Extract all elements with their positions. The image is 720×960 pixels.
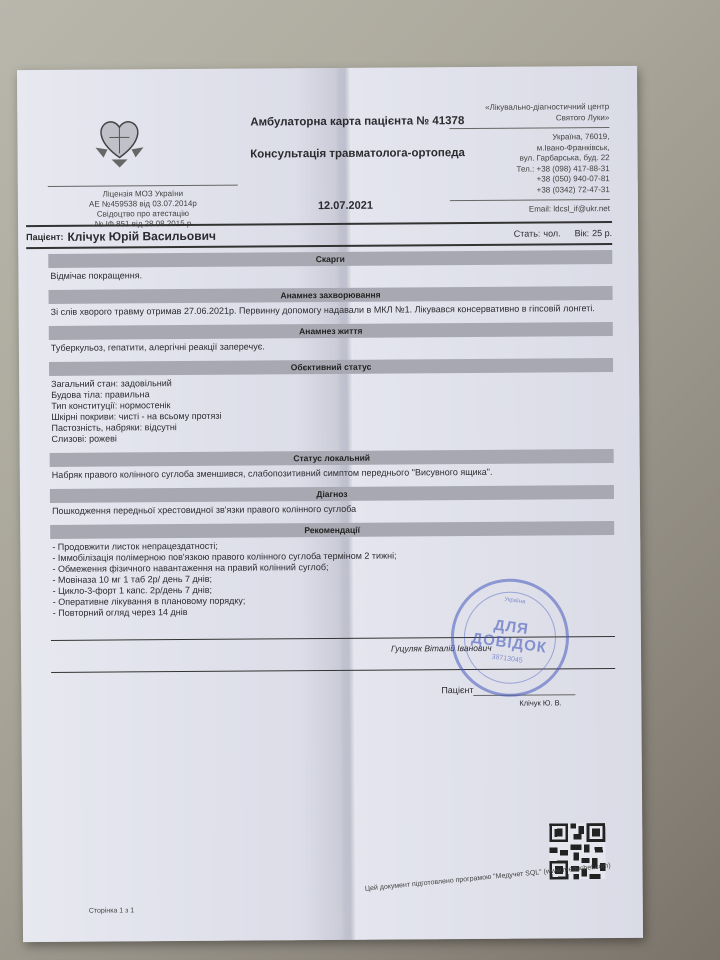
sex-label: Стать: [514,229,541,239]
clinic-phone: +38 (050) 940-07-81 [450,174,610,186]
section-line: Туберкульоз, гепатити, алергічні реакції… [51,339,611,354]
section-body: Відмічає покращення. [48,264,612,286]
sex-value: чол. [543,228,560,238]
clinic-info: «Лікувально-діагностичний центр Святого … [449,102,610,216]
patient-label: Пацієнт: [26,232,63,242]
card-title: Амбулаторна карта пацієнта № 41378 [247,115,467,129]
age-value: 25 р. [592,228,612,238]
section-body: Туберкульоз, гепатити, алергічні реакції… [49,336,613,358]
clinic-email: Email: ldcsl_if@ukr.net [450,204,610,216]
medical-document-sheet: Ліцензія МОЗ України АЕ №459538 від 03.0… [17,66,643,942]
section-body: Набряк правого колінного суглоба зменшив… [50,463,614,485]
section-body: Зі слів хворого травму отримав 27.06.202… [49,300,613,322]
patient-row: Пацієнт: Клічук Юрій Васильович Стать: ч… [26,221,612,249]
patient-signature-name: Клічук Ю. В. [519,698,561,707]
divider [449,127,609,129]
clinic-phone: +38 (0342) 72-47-31 [450,185,610,197]
consultation-title: Консультація травматолога-ортопеда [248,147,468,161]
clinic-address-line: Україна, 76019, [449,132,609,144]
section-line: Пошкодження передньої хрестовидної зв'яз… [52,502,612,517]
document-sections: СкаргиВідмічає покращення.Анамнез захвор… [48,246,615,623]
page-number: Сторінка 1 з 1 [89,907,134,914]
clinic-name: «Лікувально-діагностичний центр [449,102,609,114]
clinic-address-line: вул. Гарбарська, буд. 22 [450,153,610,165]
section-body: Пошкодження передньої хрестовидної зв'яз… [50,499,614,521]
document-title-block: Амбулаторна карта пацієнта № 41378 Консу… [247,115,467,161]
age-label: Вік: [575,228,590,238]
section-line: Набряк правого колінного суглоба зменшив… [52,466,612,481]
section-line: Відмічає покращення. [50,267,610,282]
section-line: Зі слів хворого травму отримав 27.06.202… [51,303,611,318]
clinic-name-2: Святого Луки» [449,113,609,125]
patient-signature-label: Пацієнт [441,685,473,695]
patient-name: Клічук Юрій Васильович [67,227,505,244]
divider [450,199,610,201]
section-body: Загальний стан: задовільнийБудова тіла: … [49,372,613,449]
clinic-logo-icon [89,109,149,169]
document-date: 12.07.2021 [318,200,373,212]
